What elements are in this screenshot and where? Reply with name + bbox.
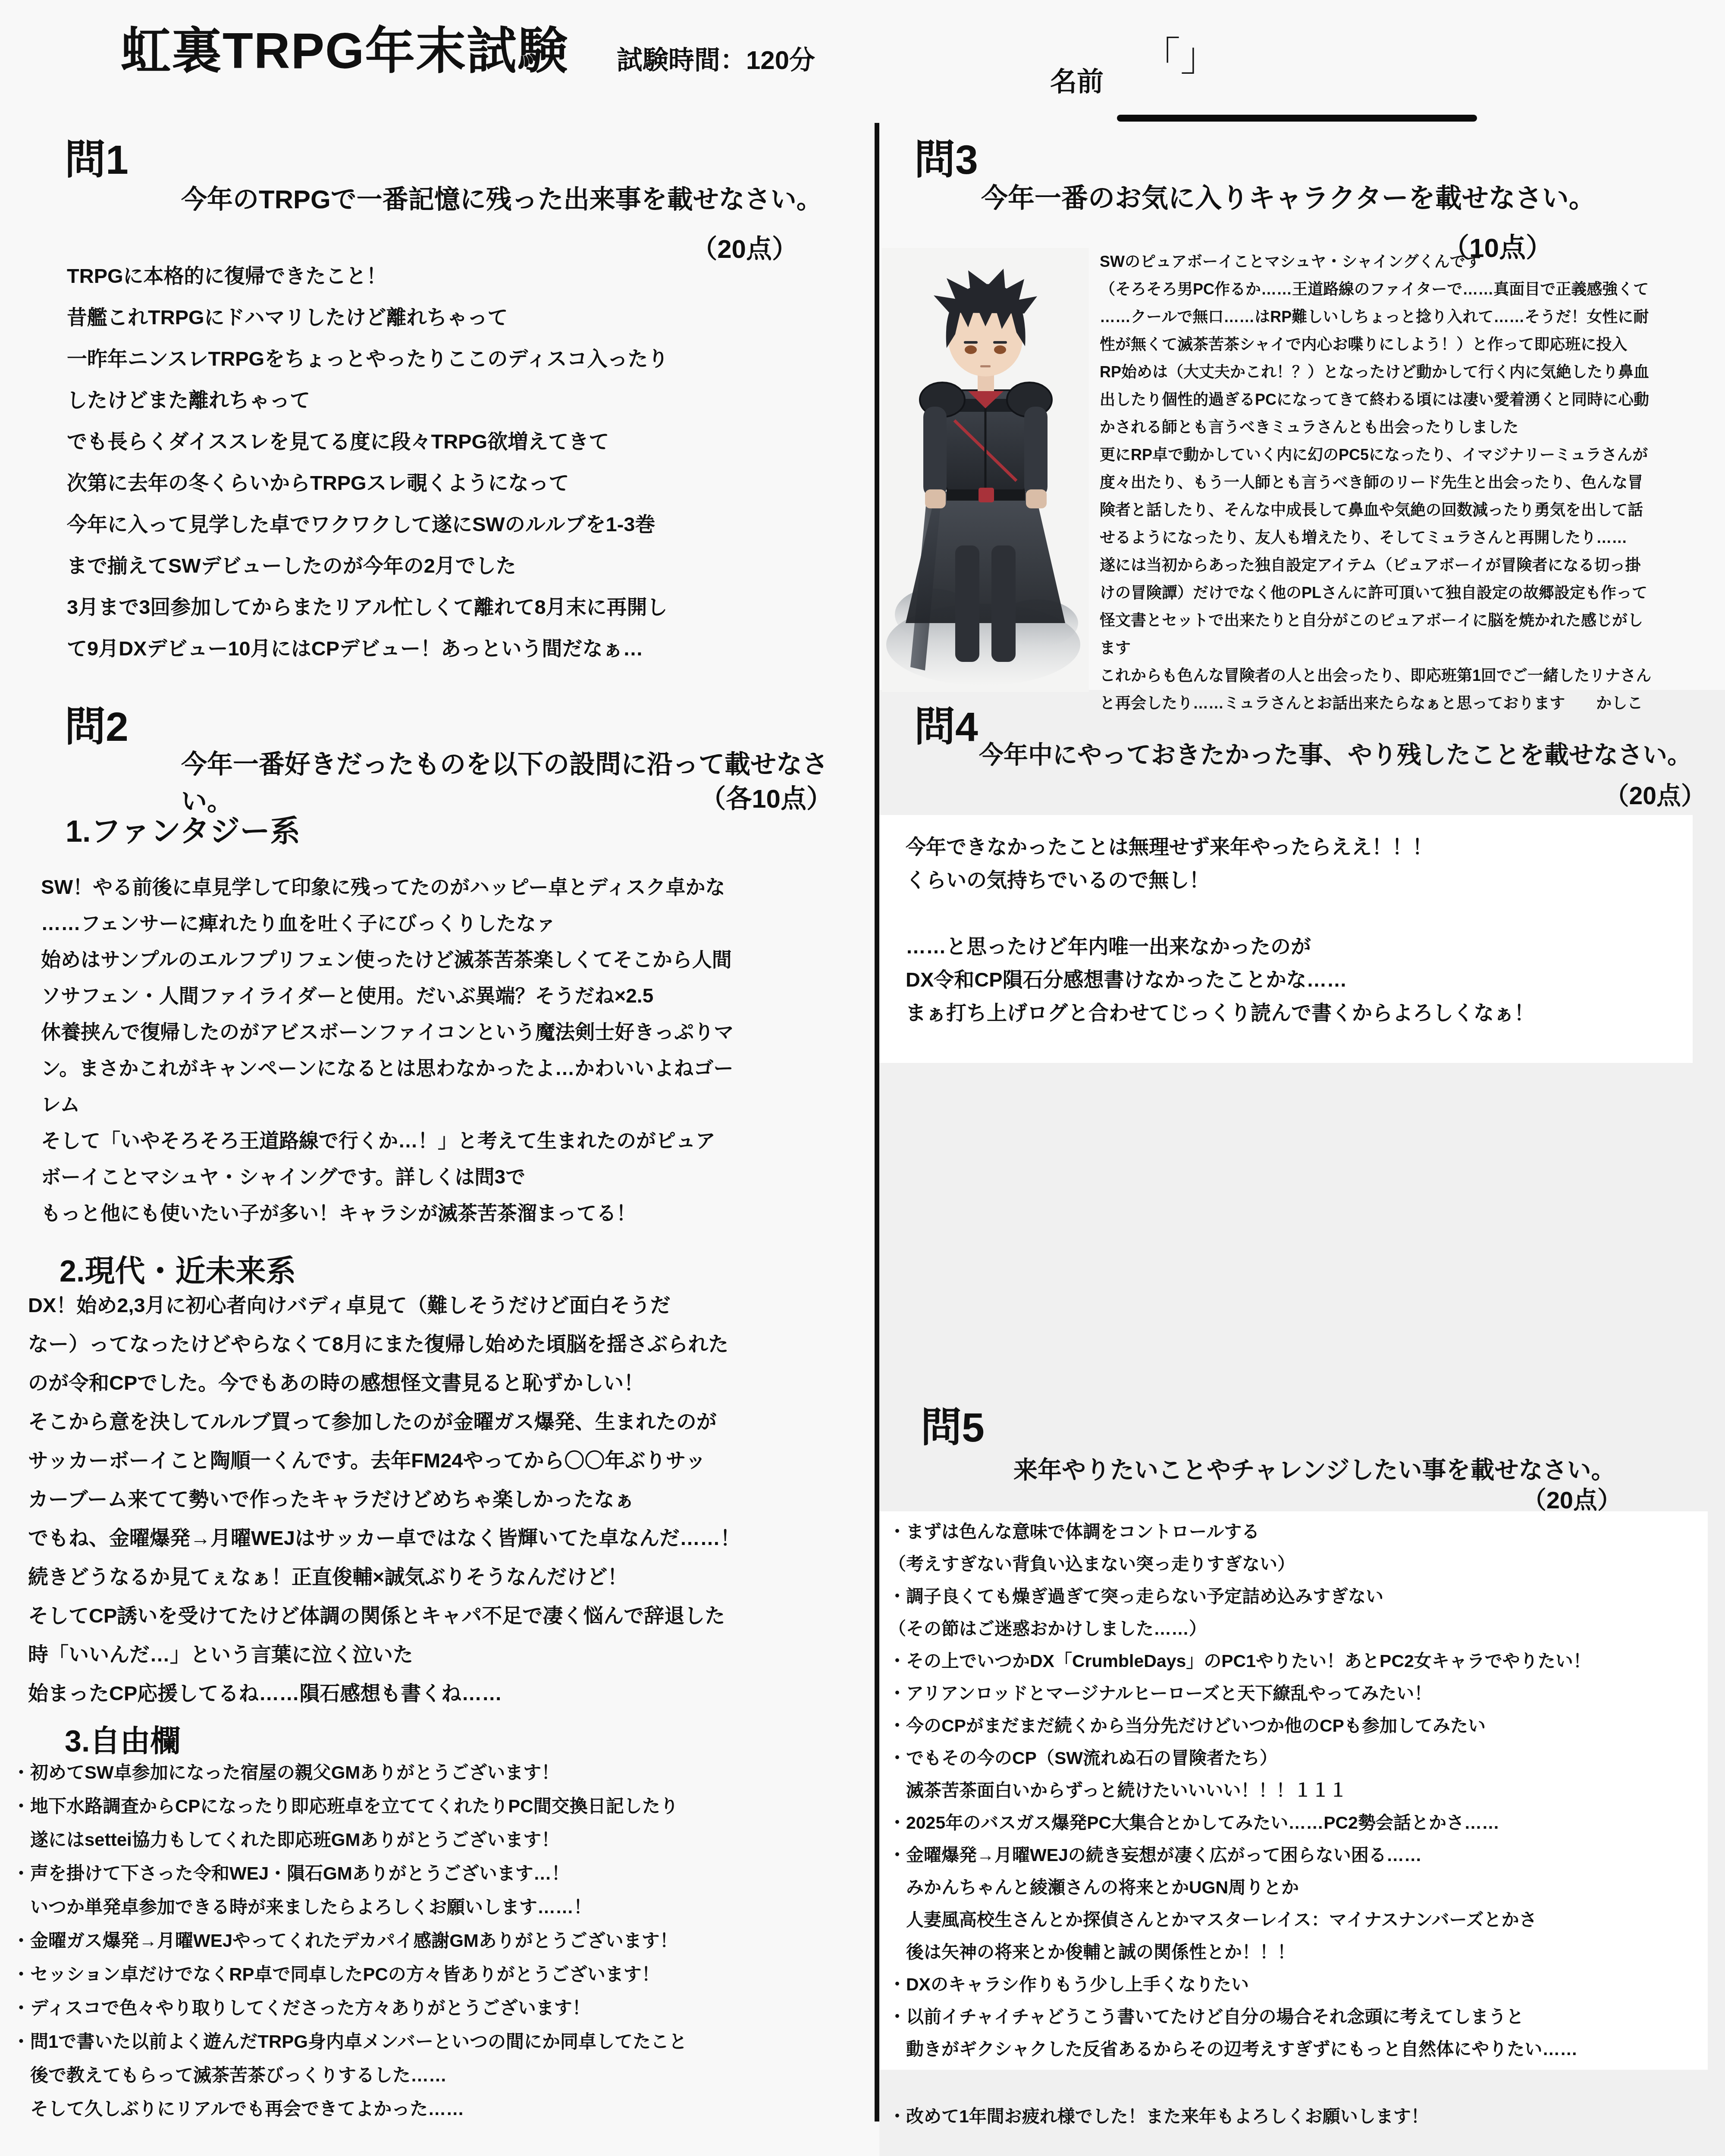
q2-section-fantasy-answer: SW！やる前後に卓見学して印象に残ってたのがハッピー卓とディスク卓かな……フェン… (41, 869, 734, 1231)
name-value: 「」 (1141, 25, 1220, 82)
text-line: （そろそろ男PC作るか……王道路線のファイターで……真面目で正義感強くて (1100, 276, 1725, 303)
text-line: て9月DXデビュー10月にはCPデビュー！あっという間だなぁ… (67, 628, 668, 669)
text-line: ・地下水路調査からCPになったり即応班卓を立ててくれたりPC間交換日記したり (12, 1789, 687, 1823)
right-column: 問3 今年一番のお気に入りキャラクターを載せなさい。 （10点） (882, 121, 1725, 2156)
text-line: ・以前イチャイチャどうこう書いてたけど自分の場合それ念頭に考えてしまうと (888, 2001, 1591, 2033)
text-line: 一昨年ニンスレTRPGをちょっとやったりここのディスコ入ったり (67, 338, 668, 379)
q2-section-free-label: 3.自由欄 (65, 1717, 180, 1761)
q3-prompt: 今年一番のお気に入りキャラクターを載せなさい。 (981, 177, 1596, 215)
text-line: したけどまた離れちゃって (67, 379, 668, 421)
text-line: 時「いいんだ…」という言葉に泣く泣いた (28, 1635, 740, 1674)
text-line: でも長らくダイススレを見てる度に段々TRPG欲増えてきて (67, 421, 668, 462)
text-line: 遂には当初からあった独自設定アイテム（ピュアボーイが冒険者になる切っ掛 (1100, 552, 1725, 579)
text-line: 怪文書とセットで出来たりと自分がこのピュアボーイに脳を焼かれた感じがし (1100, 607, 1725, 634)
text-line: ・まずは色んな意味で体調をコントロールする (888, 1516, 1591, 1548)
text-line: と再会したり……ミュラさんとお話出来たらなぁと思っております かしこ (1100, 689, 1725, 717)
q3-answer: SWのピュアボーイことマシュヤ・シャイングくんです（そろそろ男PC作るか……王道… (1100, 248, 1725, 717)
text-line: TRPGに本格的に復帰できたこと！ (67, 255, 668, 297)
q2-section-free-answer: ・初めてSW卓参加になった宿屋の親父GMありがとうございます！・地下水路調査から… (12, 1756, 687, 2126)
text-line: もっと他にも使いたい子が多い！キャラシが滅茶苦茶溜まってる！ (41, 1195, 734, 1231)
text-line: DX！始め2,3月に初心者向けバディ卓見て（難しそうだけど面白そうだ (28, 1286, 740, 1325)
q1-points: （20点） (691, 229, 798, 266)
text-line: そして「いやそろそろ王道路線で行くか…！」と考えて生まれたのがピュア (41, 1122, 734, 1159)
text-line: ・初めてSW卓参加になった宿屋の親父GMありがとうございます！ (12, 1756, 687, 1789)
text-line: ・DXのキャラシ作りもう少し上手くなりたい (888, 1968, 1591, 2001)
text-line: 今年に入って見学した卓でワクワクして遂にSWのルルブを1-3巻 (67, 504, 668, 545)
text-line: ……と思ったけど年内唯一出来なかったのが (906, 930, 1534, 963)
text-line: 後は矢神の将来とか俊輔と誠の関係性とか！！！ (888, 1936, 1591, 1968)
text-line: 険者と話したり、そんな中成長して鼻血や気絶の回数減ったり勇気を出して話 (1100, 496, 1725, 524)
text-line: そしてCP誘いを受けてたけど体調の関係とキャパ不足で凄く悩んで辞退した (28, 1596, 740, 1635)
q1-heading: 問1 (65, 127, 129, 186)
text-line: ……クールで無口……はRP難しいしちょっと捻り入れて……そうだ！女性に耐 (1100, 303, 1725, 331)
text-line: ・今のCPがまだまだ続くから当分先だけどいつか他のCPも参加してみたい (888, 1710, 1591, 1742)
text-line: ・2025年のバスガス爆発PC大集合とかしてみたい……PC2勢会話とかさ…… (888, 1807, 1591, 1839)
text-line: ・ディスコで色々やり取りしてくださった方々ありがとうございます！ (12, 1991, 687, 2025)
text-line: レム (41, 1086, 734, 1122)
text-line: かされる師とも言うべきミュラさんとも出会ったりしました (1100, 414, 1725, 441)
text-line: 滅茶苦茶面白いからずっと続けたいいいい！！！１１１ (888, 1774, 1591, 1807)
q1-answer: TRPGに本格的に復帰できたこと！昔艦これTRPGにドハマリしたけど離れちゃって… (67, 255, 668, 669)
text-line: ・声を掛けて下さった令和WEJ・隕石GMありがとうございます…！ (12, 1857, 687, 1890)
text-line: くらいの気持ちでいるので無し！ (906, 863, 1534, 896)
text-line: 始まったCP応援してるね……隕石感想も書くね…… (28, 1674, 740, 1713)
q2-heading: 問2 (65, 694, 129, 753)
text-line: ます (1100, 634, 1725, 662)
text-line: DX令和CP隕石分感想書けなかったことかな…… (906, 963, 1534, 996)
text-line: これからも色んな冒険者の人と出会ったり、即応班第1回でご一緒したリナさん (1100, 662, 1725, 689)
text-line: 3月まで3回参加してからまたリアル忙しくて離れて8月末に再開し (67, 586, 668, 628)
text-line: 性が無くて滅茶苦茶シャイで内心お喋りにしよう！）と作って即応班に投入 (1100, 331, 1725, 358)
q1-prompt: 今年のTRPGで一番記憶に残った出来事を載せなさい。 (181, 179, 822, 216)
text-line: そして久しぶりにリアルでも再会できてよかった…… (12, 2092, 687, 2126)
left-column: 問1 今年のTRPGで一番記憶に残った出来事を載せなさい。 （20点） TRPG… (39, 121, 875, 2152)
q4-heading: 問4 (914, 694, 978, 753)
q2-section-modern-label: 2.現代・近未来系 (60, 1247, 296, 1291)
text-line: 次第に去年の冬くらいからTRPGスレ覗くようになって (67, 462, 668, 504)
text-line: ・金曜爆発→月曜WEJの続き妄想が凄く広がって困らない困る…… (888, 1839, 1591, 1871)
text-line: ボーイことマシュヤ・シャイングです。詳しくは問3で (41, 1159, 734, 1195)
text-line: （その節はご迷惑おかけしました……） (888, 1613, 1591, 1645)
q5-prompt: 来年やりたいことやチャレンジしたい事を載せなさい。 (1013, 1451, 1615, 1485)
q5-heading: 問5 (921, 1395, 985, 1454)
text-line: ・調子良くても燥ぎ過ぎて突っ走らない予定詰め込みすぎない (888, 1580, 1591, 1613)
text-line: 動きがギクシャクした反省あるからその辺考えすぎずにもっと自然体にやりたい…… (888, 2033, 1591, 2065)
text-line: 始めはサンプルのエルフプリフェン使ったけど滅茶苦茶楽しくてそこから人間 (41, 941, 734, 978)
text-line: でもね、金曜爆発→月曜WEJはサッカー卓ではなく皆輝いてた卓なんだ……！ (28, 1519, 740, 1557)
text-line: 今年できなかったことは無理せず来年やったらええ！！！ (906, 830, 1534, 863)
text-line: そこから意を決してルルブ買って参加したのが金曜ガス爆発、生まれたのが (28, 1402, 740, 1441)
q5-points: （20点） (1522, 1481, 1621, 1516)
text-line: SWのピュアボーイことマシュヤ・シャイングくんです (1100, 248, 1725, 276)
text-line: みかんちゃんと綾瀬さんの将来とかUGN周りとか (888, 1871, 1591, 1904)
exam-time-label: 試験時間：120分 (617, 40, 815, 77)
text-line: のが令和CPでした。今でもあの時の感想怪文書見ると恥ずかしい！ (28, 1363, 740, 1402)
text-line: 度々出たり、もう一人師とも言うべき師のリード先生と出会ったり、色んな冒 (1100, 469, 1725, 496)
text-line: （考えすぎない背負い込まない突っ走りすぎない） (888, 1548, 1591, 1580)
text-line: RP始めは（大丈夫かこれ！？）となったけど動かして行く内に気絶したり鼻血 (1100, 358, 1725, 386)
text-line: 後で教えてもらって滅茶苦茶びっくりするした…… (12, 2059, 687, 2092)
text-line: ・問1で書いた以前よく遊んだTRPG身内卓メンバーといつの間にか同卓してたこと (12, 2025, 687, 2059)
text-line: ・セッション卓だけでなくRP卓で同卓したPCの方々皆ありがとうございます！ (12, 1958, 687, 1991)
name-label: 名前 (1050, 60, 1104, 99)
q4-answer: 今年できなかったことは無理せず来年やったらええ！！！くらいの気持ちでいるので無し… (906, 830, 1534, 1029)
text-line: ……フェンサーに痺れたり血を吐く子にびっくりしたなァ (41, 905, 734, 941)
exam-sheet-page: { "header": { "title": "虹裏TRPG年末試験", "ex… (0, 0, 1725, 2156)
q4-points: （20点） (1605, 776, 1706, 812)
q2-section-modern-answer: DX！始め2,3月に初心者向けバディ卓見て（難しそうだけど面白そうだなー）ってな… (28, 1286, 740, 1713)
text-line: 休養挟んで復帰したのがアビスボーンファイコンという魔法剣士好きっぷりマ (41, 1014, 734, 1050)
text-line: カーブーム来てて勢いで作ったキャラだけどめちゃ楽しかったなぁ (28, 1480, 740, 1519)
q2-points: （各10点） (700, 778, 832, 815)
text-line: ・その上でいつかDX「CrumbleDays」のPC1やりたい！あとPC2女キャ… (888, 1645, 1591, 1677)
q5-closing-line: ・改めて1年間お疲れ様でした！また来年もよろしくお願いします！ (888, 2102, 1429, 2128)
text-line (906, 896, 1534, 930)
q3-answer-row: SWのピュアボーイことマシュヤ・シャイングくんです（そろそろ男PC作るか……王道… (882, 248, 1725, 717)
text-line: SW！やる前後に卓見学して印象に残ってたのがハッピー卓とディスク卓かな (41, 869, 734, 905)
text-line: まぁ打ち上げログと合わせてじっくり読んで書くからよろしくなぁ！ (906, 996, 1534, 1029)
text-line: ソサフェン・人間ファイライダーと使用。だいぶ異端？そうだね×2.5 (41, 978, 734, 1014)
text-line: 人妻風高校生さんとか探偵さんとかマスターレイス：マイナスナンバーズとかさ (888, 1904, 1591, 1936)
text-line: ・アリアンロッドとマージナルヒーローズと天下繚乱やってみたい！ (888, 1677, 1591, 1710)
text-line: ン。まさかこれがキャンペーンになるとは思わなかったよ…かわいいよねゴー (41, 1050, 734, 1086)
q2-section-fantasy-label: 1.ファンタジー系 (66, 807, 300, 851)
text-line: まで揃えてSWデビューしたのが今年の2月でした (67, 545, 668, 586)
text-line: けの冒険譚）だけでなく他のPLさんに許可頂いて独自設定の故郷設定も作って (1100, 579, 1725, 607)
text-line: せるようになったり、友人も増えたり、そしてミュラさんと再開したり…… (1100, 524, 1725, 552)
text-line: ・でもその今のCP（SW流れぬ石の冒険者たち） (888, 1742, 1591, 1774)
character-illustration (882, 248, 1089, 692)
text-line: なー）ってなったけどやらなくて8月にまた復帰し始めた頃脳を揺さぶられた (28, 1325, 740, 1363)
text-line: サッカーボーイこと陶順一くんです。去年FM24やってから〇〇年ぶりサッ (28, 1441, 740, 1480)
text-line: ・金曜ガス爆発→月曜WEJやってくれたデカパイ感謝GMありがとうございます！ (12, 1924, 687, 1958)
q5-answer: ・まずは色んな意味で体調をコントロールする（考えすぎない背負い込まない突っ走りす… (888, 1516, 1591, 2065)
text-line: 昔艦これTRPGにドハマリしたけど離れちゃって (67, 297, 668, 338)
q3-heading: 問3 (914, 127, 978, 186)
text-line: 出したり個性的過ぎるPCになってきて終わる頃には凄い愛着湧くと同時に心動 (1100, 386, 1725, 414)
text-line: 更にRP卓で動かしていく内に幻のPC5になったり、イマジナリーミュラさんが (1100, 441, 1725, 469)
page-title: 虹裏TRPG年末試験 (121, 11, 568, 83)
text-line: 続きどうなるか見てぇなぁ！正直俊輔×誠気ぶりそうなんだけど！ (28, 1557, 740, 1596)
text-line: 遂にはsettei協力もしてくれた即応班GMありがとうございます！ (12, 1823, 687, 1857)
q4-prompt: 今年中にやっておきたかった事、やり残したことを載せなさい。 (979, 735, 1692, 771)
text-line: いつか単発卓参加できる時が来ましたらよろしくお願いします……！ (12, 1890, 687, 1924)
